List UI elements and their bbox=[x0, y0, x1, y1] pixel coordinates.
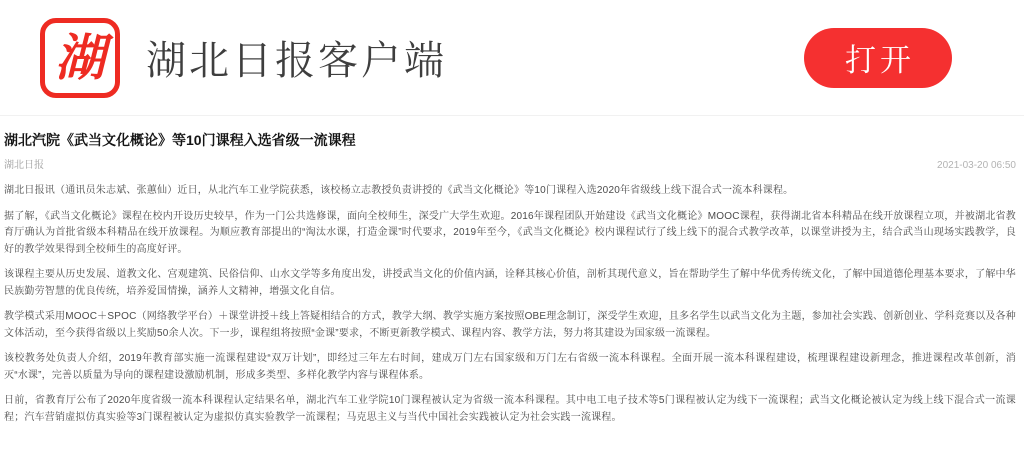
page: 湖 湖北日报客户端 打开 湖北汽院《武当文化概论》等10门课程入选省级一流课程 … bbox=[0, 0, 1024, 472]
article-paragraph: 该校教务处负责人介绍，2019年教育部实施一流课程建设“双万计划”，即经过三年左… bbox=[4, 351, 1016, 384]
article-paragraph: 湖北日报讯（通讯员朱志斌、张蕙仙）近日，从北汽车工业学院获悉，该校杨立志教授负责… bbox=[4, 183, 1016, 200]
article: 湖北汽院《武当文化概论》等10门课程入选省级一流课程 湖北日报 2021-03-… bbox=[0, 130, 1024, 426]
article-paragraph: 该课程主要从历史发展、道教文化、宫观建筑、民俗信仰、山水文学等多角度出发，讲授武… bbox=[4, 267, 1016, 300]
article-paragraph: 教学模式采用MOOC＋SPOC（网络教学平台）＋课堂讲授＋线上答疑相结合的方式，… bbox=[4, 309, 1016, 342]
article-paragraph: 据了解，《武当文化概论》课程在校内开设历史较早，作为一门公共选修课，面向全校师生… bbox=[4, 209, 1016, 259]
app-header: 湖 湖北日报客户端 打开 bbox=[0, 0, 1024, 116]
open-app-button[interactable]: 打开 bbox=[804, 28, 952, 88]
article-source: 湖北日报 bbox=[4, 156, 44, 171]
brand-logo-character: 湖 bbox=[55, 33, 105, 83]
article-body: 湖北日报讯（通讯员朱志斌、张蕙仙）近日，从北汽车工业学院获悉，该校杨立志教授负责… bbox=[4, 183, 1016, 426]
article-paragraph: 日前，省教育厅公布了2020年度省级一流本科课程认定结果名单，湖北汽车工业学院1… bbox=[4, 393, 1016, 426]
article-title: 湖北汽院《武当文化概论》等10门课程入选省级一流课程 bbox=[4, 130, 1016, 150]
brand-logo-seal-icon: 湖 bbox=[40, 18, 120, 98]
brand-title: 湖北日报客户端 bbox=[146, 29, 447, 86]
article-meta: 湖北日报 2021-03-20 06:50 bbox=[4, 156, 1016, 171]
article-timestamp: 2021-03-20 06:50 bbox=[937, 160, 1016, 171]
